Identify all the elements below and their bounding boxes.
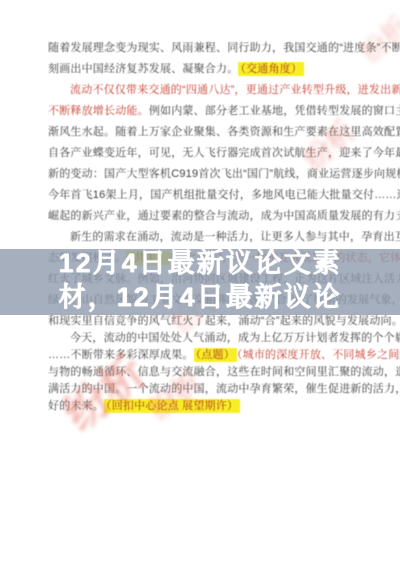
red-text-segment: （城市的深度开放、不同城乡之间的要素流动、人 xyxy=(237,349,400,361)
text-line: 流动不仅仅带来交通的“四通八达”，更通过产业转型升级，迸发出新的活力， xyxy=(48,80,366,101)
screenshot-root: 随着发展理念变为现实、风雨兼程、同行助力，我国交通的“进度条”不断刷新，刻画出中… xyxy=(0,0,400,565)
overlay-title-line2: 材，12月4日最新议论 xyxy=(0,280,400,314)
text-line: 自各产业蝶变近年，可见，无人飞行器完成首次试航生产，迎来了今年最 xyxy=(48,143,366,164)
text-line: 新生的需求在涌动，流动是一种活力，让更多人参与其中，孕育出互利共生商 xyxy=(48,227,366,248)
text-line: 好的未来。（回扣中心论点 展望期许） xyxy=(48,398,366,415)
text-segment: 渐风生水起。随着上万家企业聚集、各类资源和生产要素在这里高效配置新产业形态， xyxy=(48,126,400,138)
text-line: 不断释放增长动能。例如内蒙、部分老工业基地，凭借转型发展的窗口主动求变，逐 xyxy=(48,101,366,122)
text-segment: 今年首飞16架上月，国产机组批量交付，多地风电已能大批量交付……这一批 xyxy=(48,189,400,201)
text-line: 渐风生水起。随着上万家企业聚集、各类资源和生产要素在这里高效配置新产业形态， xyxy=(48,122,366,143)
text-line: 崛起的新兴产业，通过要素的整合与流动，成为中国高质量发展的有力支撑。（产业角度） xyxy=(48,206,366,227)
text-segment: 自各产业蝶变近年，可见，无人飞行器完成首次试航生产，迎来了今年最 xyxy=(48,147,400,159)
text-line: 随着发展理念变为现实、风雨兼程、同行助力，我国交通的“进度条”不断刷新， xyxy=(48,38,366,59)
text-segment: 今天，流动的中国处处人气涌动，成为上亿万万计划者发挥的个个崭新机遇， xyxy=(70,332,400,344)
text-line: 满活力的中国。一个流动的中国，流动中孕育繁荣，催生促进新的活力，共同成就更 xyxy=(48,381,366,398)
text-segment: 随着发展理念变为现实、风雨兼程、同行助力，我国交通的“进度条”不断刷新， xyxy=(48,42,400,54)
text-segment: 例如内蒙、部分老工业基地，凭借转型发展的窗口主动求变，逐 xyxy=(149,105,400,117)
text-line: ……不断带来多彩深厚成果。（点题）（城市的深度开放、不同城乡之间的要素流动、人 xyxy=(48,347,366,364)
text-line: 今天，流动的中国处处人气涌动，成为上亿万万计划者发挥的个个崭新机遇， xyxy=(48,330,366,347)
text-line: 新的变动：国产大型客机C919首次飞出“国门”航线，商业运营逐步向规模化运行； xyxy=(48,164,366,185)
overlay-title: 12月4日最新议论文素 材，12月4日最新议论 xyxy=(0,246,400,314)
essay-body-lower: 今天，流动的中国处处人气涌动，成为上亿万万计划者发挥的个个崭新机遇，……不断带来… xyxy=(48,330,366,415)
text-segment: 新的变动：国产大型客机C919首次飞出“国门”航线，商业运营逐步向规模化运行； xyxy=(48,168,400,180)
essay-document: 随着发展理念变为现实、风雨兼程、同行助力，我国交通的“进度条”不断刷新，刻画出中… xyxy=(48,38,366,415)
overlay-title-line1: 12月4日最新议论文素 xyxy=(0,246,400,280)
text-segment: 好的未来。 xyxy=(48,400,104,412)
text-segment: 新生的需求在涌动，流动是一种活力，让更多人参与其中，孕育出互利共生商 xyxy=(70,231,400,243)
text-segment: ……不断带来多彩深厚成果。 xyxy=(48,349,194,361)
highlight-annotation: （回扣中心论点 展望期许） xyxy=(104,399,240,413)
text-segment: 与物的畅通循环、信息与交流融合，这些在时间和空间里汇聚的流动，造就了当下充 xyxy=(48,366,400,378)
text-segment: 和现实里自信竞争的风气红火了起来，涌动“合”起来的风貌与发展动向。 xyxy=(48,315,400,327)
text-line: 今年首飞16架上月，国产机组批量交付，多地风电已能大批量交付……这一批 xyxy=(48,185,366,206)
text-segment: 满活力的中国。一个流动的中国，流动中孕育繁荣，催生促进新的活力，共同成就更 xyxy=(48,383,400,395)
highlight-annotation: （交通角度） xyxy=(238,62,304,76)
highlight-annotation: （点题） xyxy=(194,348,237,362)
text-segment: 刻画出中国经济复苏发展、凝聚合力。 xyxy=(48,63,238,75)
text-segment: 崛起的新兴产业，通过要素的整合与流动，成为中国高质量发展的有力支撑。 xyxy=(48,210,400,222)
red-text-segment: 不断释放增长动能。 xyxy=(48,105,149,117)
red-text-segment: 流动不仅仅带来交通的“四通八达”，更通过产业转型升级，迸发出新的活力， xyxy=(70,84,400,96)
text-line: 与物的畅通循环、信息与交流融合，这些在时间和空间里汇聚的流动，造就了当下充 xyxy=(48,364,366,381)
text-line: 刻画出中国经济复苏发展、凝聚合力。（交通角度） xyxy=(48,59,366,80)
